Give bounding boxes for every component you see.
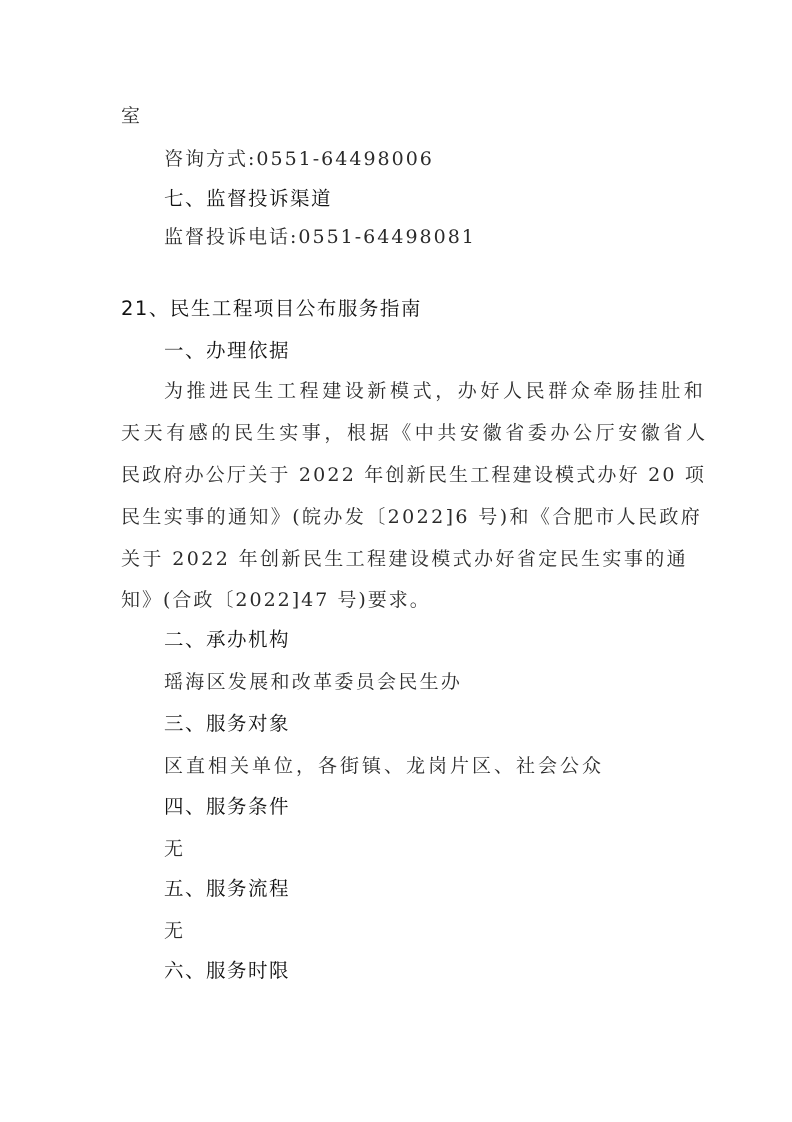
- document-page: 室 咨询方式:0551-64498006 七、监督投诉渠道 监督投诉电话:055…: [0, 0, 792, 1122]
- heading-service-targets: 三、服务对象: [164, 712, 290, 736]
- service-process: 无: [164, 919, 186, 943]
- basis-line-2: 天天有感的民生实事，根据《中共安徽省委办公厅安徽省人: [121, 421, 709, 445]
- basis-line-6: 知》(合政〔2022]47 号)要求。: [121, 588, 431, 612]
- basis-line-1: 为推进民生工程建设新模式，办好人民群众牵肠挂肚和: [164, 379, 706, 403]
- organization-name: 瑶海区发展和改革委员会民生办: [164, 670, 462, 694]
- heading-legal-basis: 一、办理依据: [164, 339, 290, 363]
- basis-line-4: 民生实事的通知》(皖办发〔2022]6 号)和《合肥市人民政府: [121, 505, 702, 529]
- heading-service-conditions: 四、服务条件: [164, 795, 290, 819]
- basis-line-3: 民政府办公厅关于 2022 年创新民生工程建设模式办好 20 项: [121, 463, 706, 487]
- section-title: 21、民生工程项目公布服务指南: [121, 297, 422, 321]
- heading-service-time-limit: 六、服务时限: [164, 959, 290, 983]
- basis-line-5: 关于 2022 年创新民生工程建设模式办好省定民生实事的通: [121, 547, 688, 571]
- complaint-phone: 监督投诉电话:0551-64498081: [164, 225, 476, 249]
- service-conditions: 无: [164, 837, 186, 861]
- consultation-contact: 咨询方式:0551-64498006: [164, 147, 434, 171]
- heading-supervision-complaint: 七、监督投诉渠道: [164, 187, 332, 211]
- service-targets: 区直相关单位，各街镇、龙岗片区、社会公众: [164, 754, 604, 778]
- continuation-text: 室: [121, 104, 143, 128]
- heading-organization: 二、承办机构: [164, 628, 290, 652]
- heading-service-process: 五、服务流程: [164, 877, 290, 901]
